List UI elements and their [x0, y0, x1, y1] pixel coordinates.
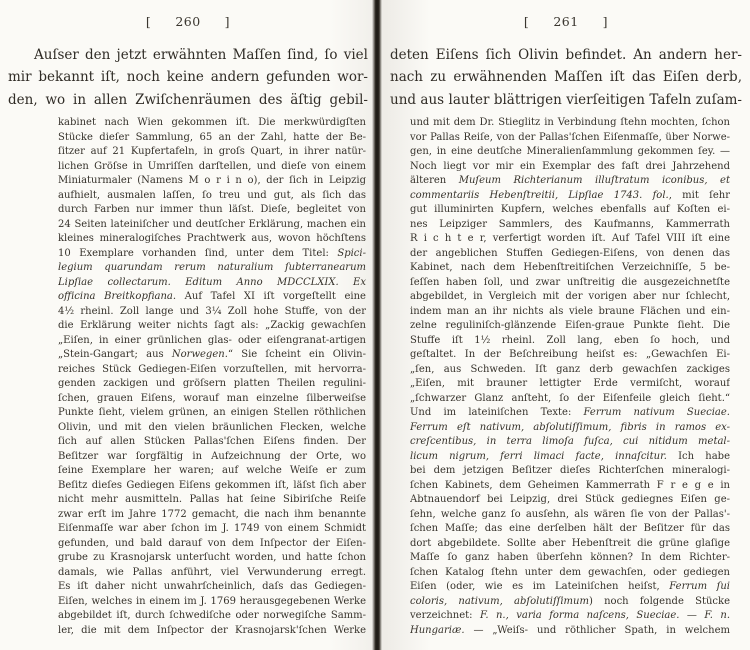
- text-line: Und im lateiniſchen Texte: Ferrum nativu…: [410, 406, 730, 421]
- text-line: Eiſen (oder, wie es im Lateiniſchen heiſ…: [410, 580, 730, 595]
- text-line: R i c h t e r, verfertigt worden iſt. Au…: [410, 232, 730, 247]
- text-line: grube zu Krasnojarsk unterſucht worden, …: [58, 551, 366, 566]
- text-line: aufhielt, ausmalen laſſen, ſo treu und g…: [58, 189, 366, 204]
- text-line: ſich auf allen Stücken Pallas'ſchen Eiſe…: [58, 435, 366, 450]
- text-line: gefunden, und bald darauf von dem Inſpec…: [58, 537, 366, 552]
- page-right-body-text: deten Eiſens ſich Olivin befindet. An an…: [390, 44, 742, 111]
- text-line: und mit dem Dr. Stieglitz in Verbindung …: [410, 116, 730, 131]
- text-line: kleines mineralogiſches Prachtwerk aus, …: [58, 232, 366, 247]
- text-line: „Stein-Gangart; aus Norwegen.“ Sie ſchei…: [58, 348, 366, 363]
- text-line: Kabinet, nach dem Hebenſtreitiſchen Verz…: [410, 261, 730, 276]
- text-line: Miniaturmaler (Namens M o r i n o), der …: [58, 174, 366, 189]
- text-line: Hungariæ. — „Weiſs- und röthlicher Spath…: [410, 624, 730, 639]
- text-line: 10 Exemplare vorhanden ſind, unter dem T…: [58, 247, 366, 262]
- text-line: mir bekannt iſt, noch keine andern gefun…: [8, 66, 368, 88]
- text-line: vor Pallas Reiſe, von der Pallas'ſchen E…: [410, 131, 730, 146]
- text-line: Auſser den jetzt erwähnten Maſſen ſind, …: [8, 44, 368, 66]
- text-line: zwar erſt im Jahre 1772 gemacht, die nac…: [58, 508, 366, 523]
- text-line: commentariis Hebenſtreitii, Lipſiae 1743…: [410, 189, 730, 204]
- text-line: lichen Gröſse in Umriſſen darſtellen, un…: [58, 160, 366, 175]
- page-left-footnote: kabinet nach Wien gekommen iſt. Die merk…: [58, 116, 366, 638]
- text-line: legium quarundam rerum naturalium ſubter…: [58, 261, 366, 276]
- page-left: [260] Auſser den jetzt erwähnten Maſſen …: [8, 14, 368, 638]
- text-line: coloris, nativum, abſolutiſſimum) noch f…: [410, 595, 730, 610]
- text-line: creſcentibus, in terra limoſa fuſca, cui…: [410, 435, 730, 450]
- text-line: Stuffe iſt 1½ rheinl. Zoll lang, eben ſo…: [410, 334, 730, 349]
- text-line: Ferrum eſt nativum, abſolutiſſimum, fibr…: [410, 421, 730, 436]
- text-line: „Eiſen, mit brauner lettigter Erde vermi…: [410, 377, 730, 392]
- text-line: Es iſt daher nicht unwahrſcheinlich, daſ…: [58, 580, 366, 595]
- book-scan: [260] Auſser den jetzt erwähnten Maſſen …: [0, 0, 750, 650]
- bracket-left: [: [146, 14, 151, 29]
- text-line: reiches Stück Gediegen-Eiſen vorzuſtelle…: [58, 363, 366, 378]
- page-number-right: 261: [553, 14, 578, 29]
- page-right-header: [261]: [390, 14, 742, 30]
- text-line: nicht mehr ausmitteln. Pallas hat ſeine …: [58, 493, 366, 508]
- text-line: bei dem jetzigen Beſitzer dieſes Richter…: [410, 464, 730, 479]
- text-line: ler, die mit dem Inſpector der Krasnojar…: [58, 624, 366, 639]
- text-line: deten Eiſens ſich Olivin befindet. An an…: [390, 44, 742, 66]
- text-line: ſchen Kabinets, dem Geheimen Kammerrath …: [410, 479, 730, 494]
- text-line: kabinet nach Wien gekommen iſt. Die merk…: [58, 116, 366, 131]
- text-line: dort abgebildete. Sollte aber Hebenſtrei…: [410, 537, 730, 552]
- text-line: Maſſe ſo ganz haben überſehn können? In …: [410, 551, 730, 566]
- text-line: Noch liegt vor mir ein Exemplar des faſt…: [410, 160, 730, 175]
- text-line: älteren Muſeum Richterianum illuſtratum …: [410, 174, 730, 189]
- text-line: nes Leipziger Sammlers, des Kaufmanns, K…: [410, 218, 730, 233]
- text-line: und aus lauter blättrigen vierſeitigen T…: [390, 89, 742, 111]
- page-number-left: 260: [175, 14, 200, 29]
- text-line: den, wo in allen Zwiſchenräumen des äſti…: [8, 89, 368, 111]
- text-line: ſchen Maſſe; das eine derſelben hält der…: [410, 522, 730, 537]
- bracket-right: ]: [225, 14, 230, 29]
- text-line: der angeblichen Stuffen Gediegen-Eiſens,…: [410, 247, 730, 262]
- text-line: licum nigrum, ferri limaci facte, innaſc…: [410, 450, 730, 465]
- text-line: damals, wie Pallas anführt, viel Verwund…: [58, 566, 366, 581]
- text-line: Olivin, und mit den vielen bräunlichen F…: [58, 421, 366, 436]
- text-line: indem man an ihr nichts als viele braune…: [410, 305, 730, 320]
- text-line: Eiſenmaſſe war aber ſchon im J. 1749 von…: [58, 522, 366, 537]
- text-line: durch Farben nur immer thun läſst. Dieſe…: [58, 203, 366, 218]
- text-line: Abtnauendorf bei Leipzig, drei Stück ged…: [410, 493, 730, 508]
- page-left-body-text: Auſser den jetzt erwähnten Maſſen ſind, …: [8, 44, 368, 111]
- text-line: ſchen Katalog ſtehn unter dem gewachſen,…: [410, 566, 730, 581]
- text-line: „Eiſen, in einer grünlichen glas- oder e…: [58, 334, 366, 349]
- text-line: abgebildet iſt, durch ſchwediſche oder n…: [58, 609, 366, 624]
- book-gutter-shadow: [372, 0, 382, 650]
- text-line: ſehn, welche ganz ſo ausſehn, als wären …: [410, 508, 730, 523]
- text-line: ſitzer auf 21 Kupfertafeln, in groſs Qua…: [58, 145, 366, 160]
- text-line: ſchen, grauen Eiſens, worauf man einzeln…: [58, 392, 366, 407]
- text-line: genden zackigen und gröſsern platten The…: [58, 377, 366, 392]
- text-line: officina Breitkopfiana. Auf Tafel XI iſt…: [58, 290, 366, 305]
- text-line: gut illuminirten Kupfern, welches ebenfa…: [410, 203, 730, 218]
- page-right-footnote: und mit dem Dr. Stieglitz in Verbindung …: [410, 116, 730, 638]
- text-line: „ſen, aus Schweden. Iſt ganz derb gewach…: [410, 363, 730, 378]
- text-line: gen, in eine deutſche Mineralienſammlung…: [410, 145, 730, 160]
- text-line: Stücke dieſer Sammlung, 65 an der Zahl, …: [58, 131, 366, 146]
- text-line: Eiſen, welches in einem im J. 1769 herau…: [58, 595, 366, 610]
- text-line: „ſchwarzer Glanz anſteht, ſo der Eiſenfe…: [410, 392, 730, 407]
- text-line: 4½ rheinl. Zoll lange und 3¼ Zoll hohe S…: [58, 305, 366, 320]
- text-line: Punkte ſieht, vielem grünen, an einigen …: [58, 406, 366, 421]
- text-line: Beſitzer war ſorgfältig in Aufzeichnung …: [58, 450, 366, 465]
- text-line: die Erklärung weiter nichts ſagt als: „Z…: [58, 319, 366, 334]
- page-right: [261] deten Eiſens ſich Olivin befindet.…: [390, 14, 742, 638]
- text-line: ſeſſen haben ſoll, und zwar unſtreitig d…: [410, 276, 730, 291]
- text-line: Lipſiae collectarum. Editum Anno MDCCLXI…: [58, 276, 366, 291]
- text-line: 24 Seiten lateiniſcher und deutſcher Erk…: [58, 218, 366, 233]
- text-line: ſeine Exemplare her waren; auf welche We…: [58, 464, 366, 479]
- text-line: Beſitz dieſes Gediegen Eiſens gekommen i…: [58, 479, 366, 494]
- bracket-right: ]: [603, 14, 608, 29]
- text-line: geſtaltet. In der Beſchreibung heiſst es…: [410, 348, 730, 363]
- page-left-header: [260]: [8, 14, 368, 30]
- bracket-left: [: [524, 14, 529, 29]
- text-line: abgebildet, in Vergleich mit der vorigen…: [410, 290, 730, 305]
- text-line: nach zu erwähnenden Maſſen iſt das Eiſen…: [390, 66, 742, 88]
- text-line: verzeichnet: F. n., varia forma naſcens,…: [410, 609, 730, 624]
- text-line: zelne reguliniſch-glänzende Eiſen-graue …: [410, 319, 730, 334]
